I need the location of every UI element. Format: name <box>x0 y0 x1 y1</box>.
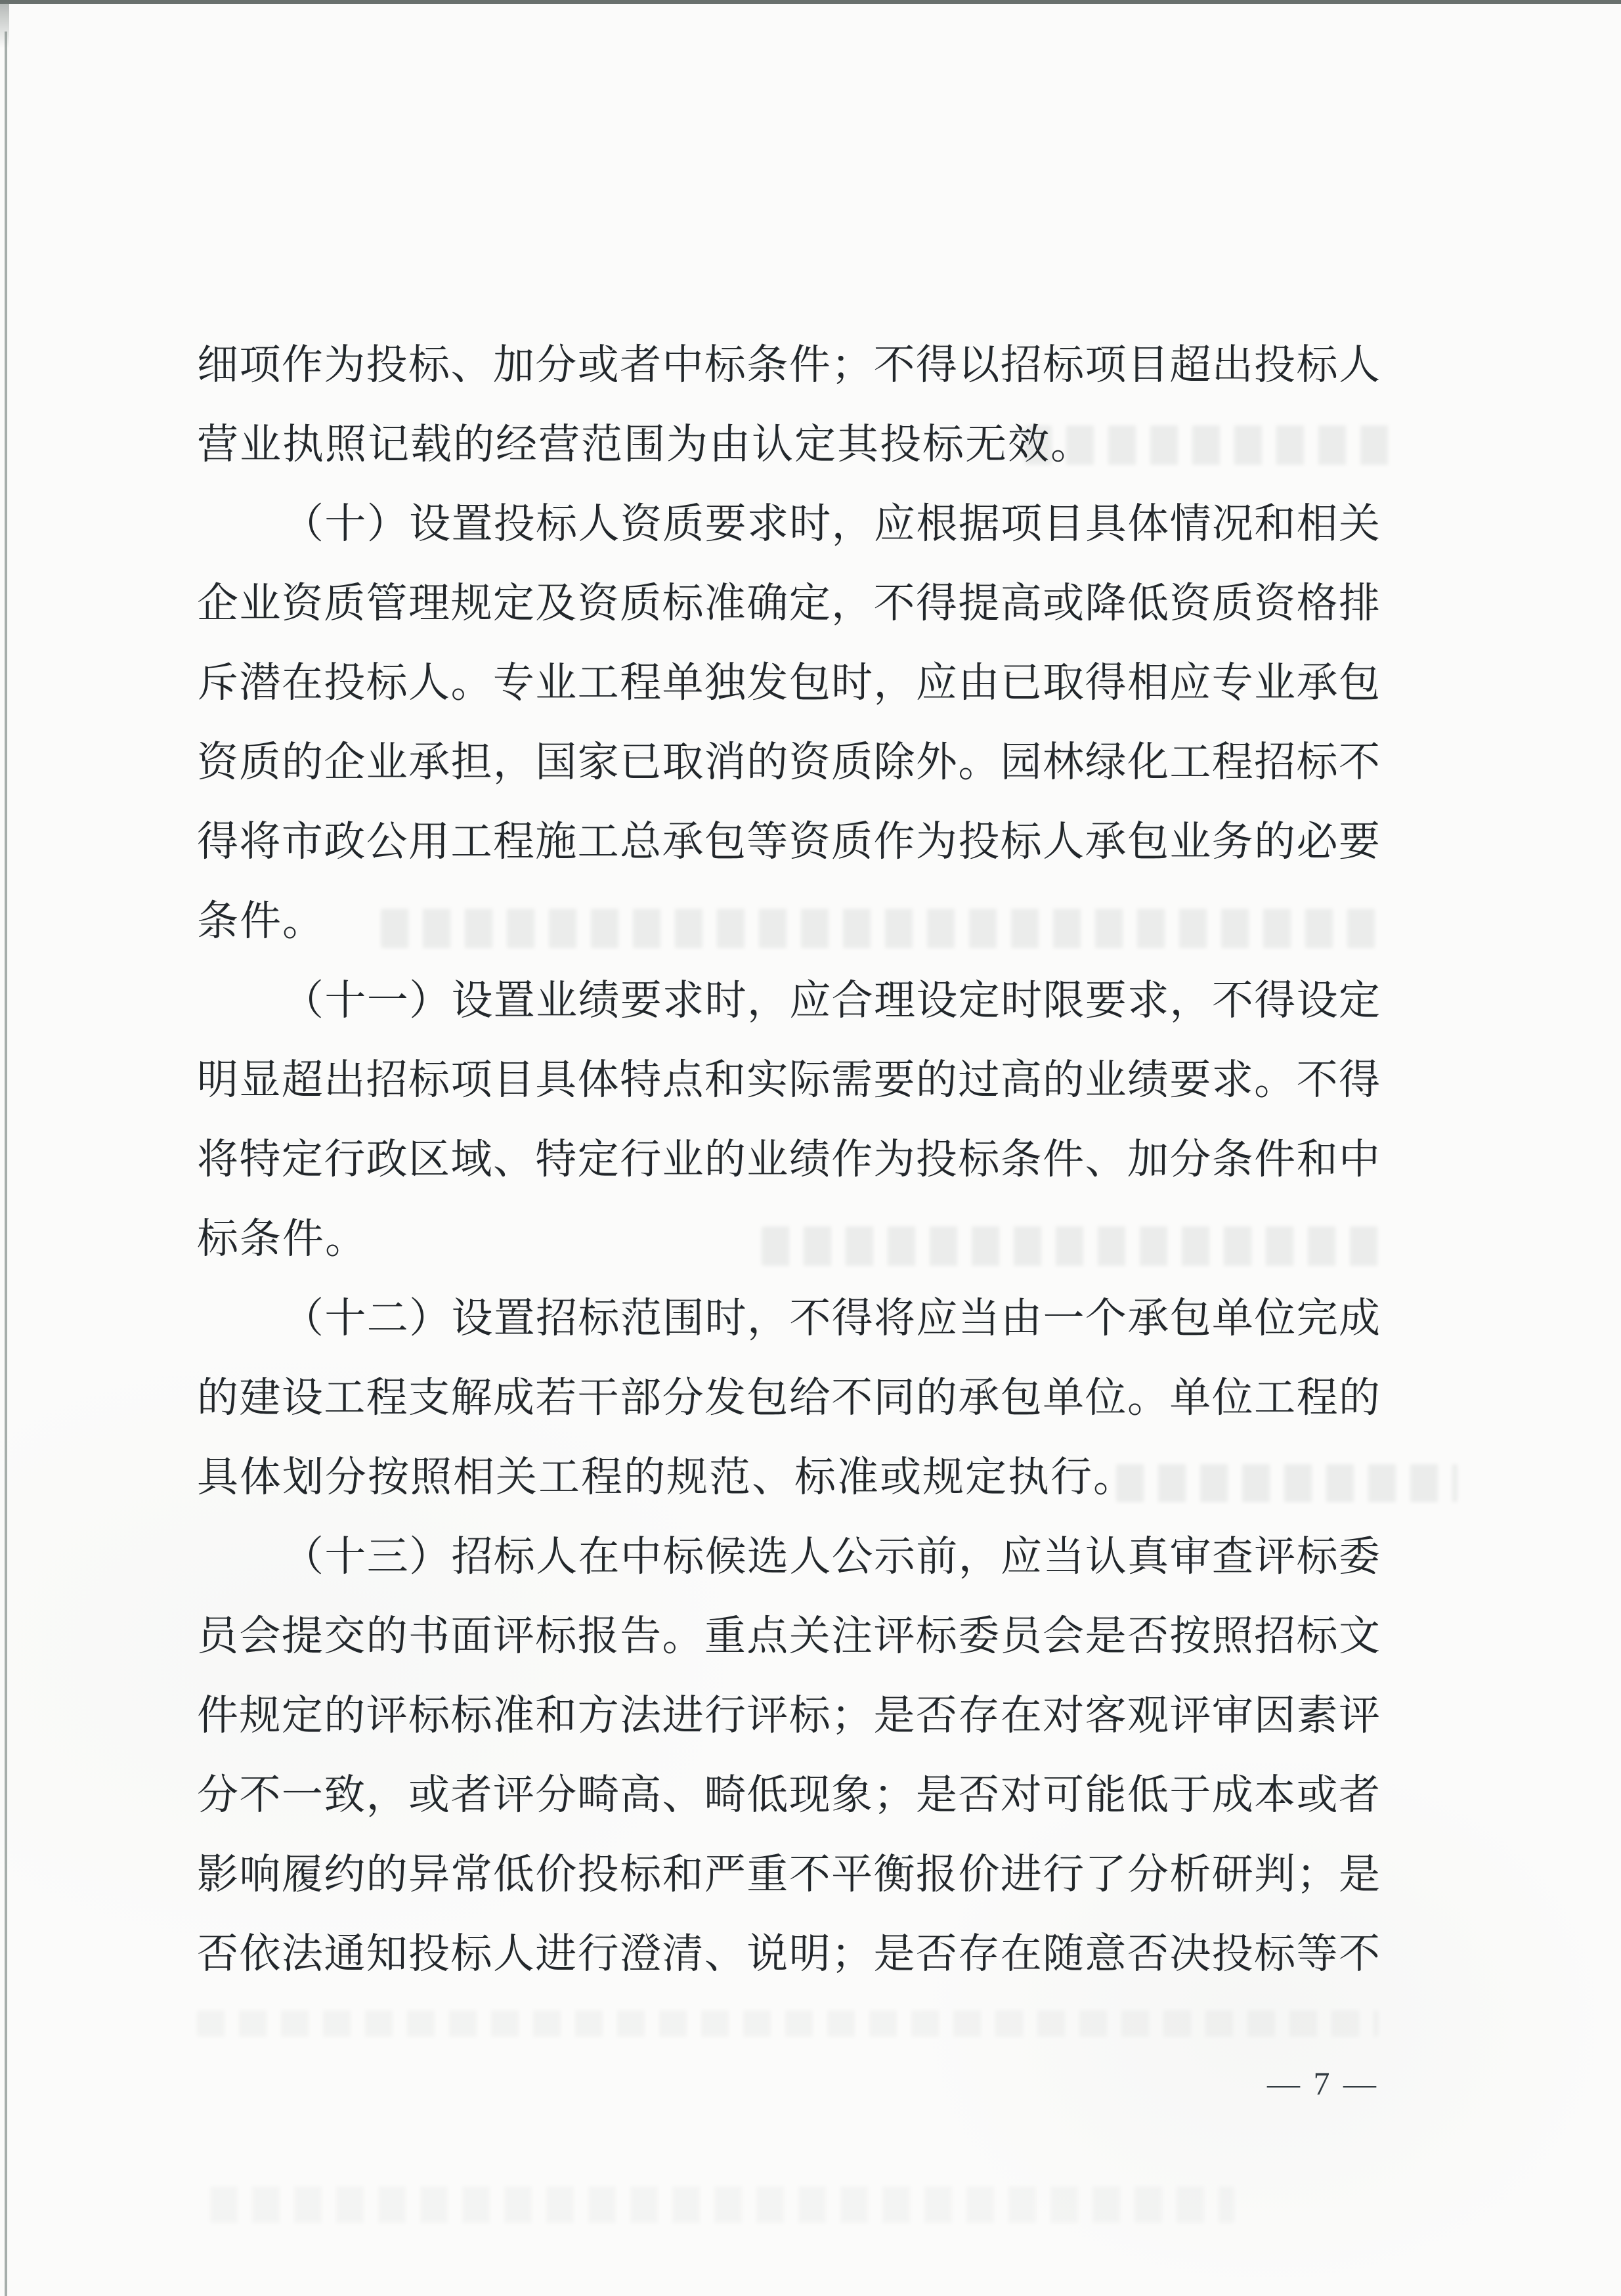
text-line-20: 影响履约的异常低价投标和严重不平衡报价进行了分析研判；是 <box>197 1835 1380 1915</box>
page-number: — 7 — <box>1247 2060 1398 2106</box>
text-line-7: 得将市政公用工程施工总承包等资质作为投标人承包业务的必要 <box>197 802 1380 882</box>
text-line-5: 斥潜在投标人。专业工程单独发包时，应由已取得相应专业承包 <box>197 643 1380 723</box>
scanned-page: 细项作为投标、加分或者中标条件；不得以招标项目超出投标人营业执照记载的经营范围为… <box>0 0 1621 2296</box>
text-line-3: （十）设置投标人资质要求时，应根据项目具体情况和相关 <box>197 485 1380 564</box>
text-line-11: 将特定行政区域、特定行业的业绩作为投标条件、加分条件和中 <box>197 1120 1380 1200</box>
text-line-8: 条件。 <box>197 882 1380 961</box>
text-line-2: 营业执照记载的经营范围为由认定其投标无效。 <box>197 405 1380 485</box>
text-line-1: 细项作为投标、加分或者中标条件；不得以招标项目超出投标人 <box>197 326 1380 405</box>
text-line-12: 标条件。 <box>197 1200 1380 1279</box>
text-line-17: 员会提交的书面评标报告。重点关注评标委员会是否按照招标文 <box>197 1597 1380 1676</box>
bleed-through-ghost <box>197 2010 1379 2037</box>
scan-corner-shadow <box>0 3 9 49</box>
text-line-16: （十三）招标人在中标候选人公示前，应当认真审查评标委 <box>197 1517 1380 1597</box>
text-line-21: 否依法通知投标人进行澄清、说明；是否存在随意否决投标等不 <box>197 1915 1380 1994</box>
bleed-through-ghost <box>210 2186 1234 2223</box>
text-line-9: （十一）设置业绩要求时，应合理设定时限要求，不得设定 <box>197 961 1380 1041</box>
scan-left-edge <box>5 32 7 2296</box>
text-line-19: 分不一致，或者评分畸高、畸低现象；是否对可能低于成本或者 <box>197 1756 1380 1835</box>
text-line-14: 的建设工程支解成若干部分发包给不同的承包单位。单位工程的 <box>197 1358 1380 1438</box>
text-line-13: （十二）设置招标范围时，不得将应当由一个承包单位完成 <box>197 1279 1380 1358</box>
text-line-15: 具体划分按照相关工程的规范、标准或规定执行。 <box>197 1438 1380 1517</box>
document-text: 细项作为投标、加分或者中标条件；不得以招标项目超出投标人营业执照记载的经营范围为… <box>197 326 1380 1994</box>
scan-top-edge <box>0 0 1621 4</box>
text-line-18: 件规定的评标标准和方法进行评标；是否存在对客观评审因素评 <box>197 1676 1380 1756</box>
text-line-4: 企业资质管理规定及资质标准确定，不得提高或降低资质资格排 <box>197 564 1380 643</box>
text-line-6: 资质的企业承担，国家已取消的资质除外。园林绿化工程招标不 <box>197 723 1380 802</box>
text-line-10: 明显超出招标项目具体特点和实际需要的过高的业绩要求。不得 <box>197 1041 1380 1120</box>
